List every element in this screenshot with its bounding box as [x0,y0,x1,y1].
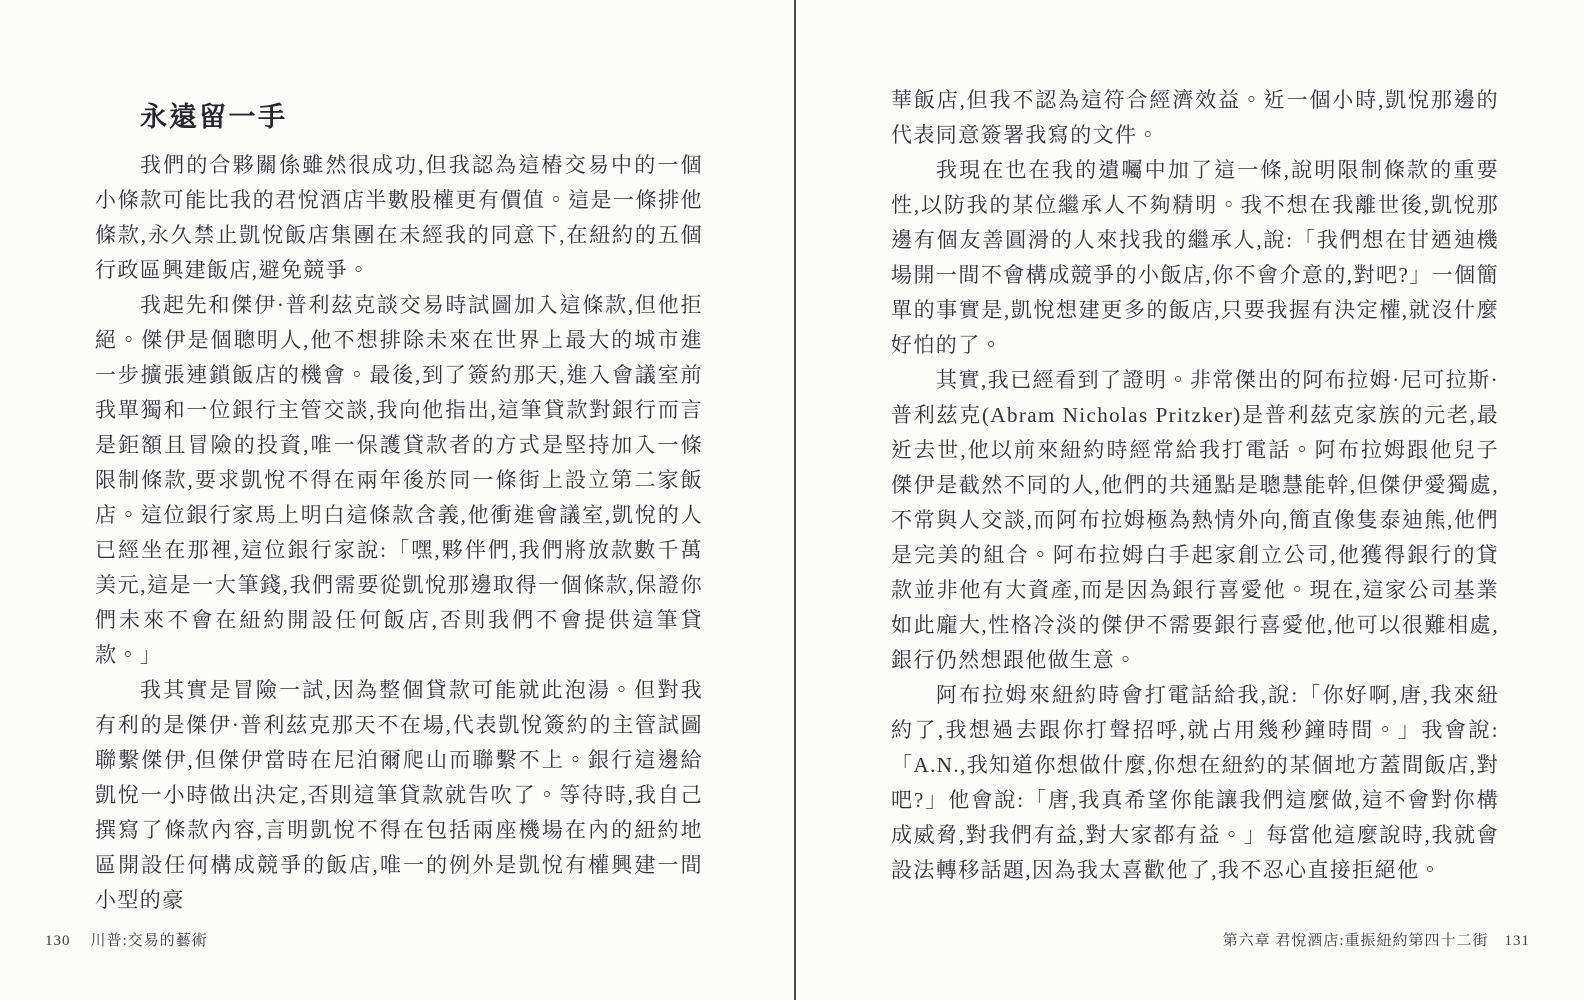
paragraph: 我其實是冒險一試,因為整個貸款可能就此泡湯。但對我有利的是傑伊·普利茲克那天不在… [95,673,703,918]
left-page-footer: 130川普:交易的藝術 [45,930,208,952]
paragraph: 我現在也在我的遺囑中加了這一條,說明限制條款的重要性,以防我的某位繼承人不夠精明… [891,153,1499,363]
book-spread: 永遠留一手 我們的合夥關係雖然很成功,但我認為這樁交易中的一個小條款可能比我的君… [0,0,1584,1000]
page-divider [794,0,796,1000]
right-page-footer: 第六章 君悅酒店:重振紐約第四十二街131 [1223,930,1530,952]
chapter-title-footer: 第六章 君悅酒店:重振紐約第四十二街 [1223,933,1489,949]
paragraph-continuation: 華飯店,但我不認為這符合經濟效益。近一個小時,凱悅那邊的代表同意簽署我寫的文件。 [891,83,1499,153]
book-title-footer: 川普:交易的藝術 [91,933,208,949]
paragraph: 我們的合夥關係雖然很成功,但我認為這樁交易中的一個小條款可能比我的君悅酒店半數股… [95,148,703,288]
paragraph: 我起先和傑伊·普利茲克談交易時試圖加入這條款,但他拒絕。傑伊是個聰明人,他不想排… [95,288,703,673]
paragraph: 阿布拉姆來紐約時會打電話給我,說:「你好啊,唐,我來紐約了,我想過去跟你打聲招呼… [891,678,1499,888]
section-heading: 永遠留一手 [95,101,703,134]
right-page: 華飯店,但我不認為這符合經濟效益。近一個小時,凱悅那邊的代表同意簽署我寫的文件。… [891,83,1499,888]
paragraph: 其實,我已經看到了證明。非常傑出的阿布拉姆·尼可拉斯·普利茲克(Abram Ni… [891,363,1499,678]
page-number: 130 [45,930,71,952]
page-number: 131 [1505,930,1531,952]
left-page: 永遠留一手 我們的合夥關係雖然很成功,但我認為這樁交易中的一個小條款可能比我的君… [95,101,703,918]
